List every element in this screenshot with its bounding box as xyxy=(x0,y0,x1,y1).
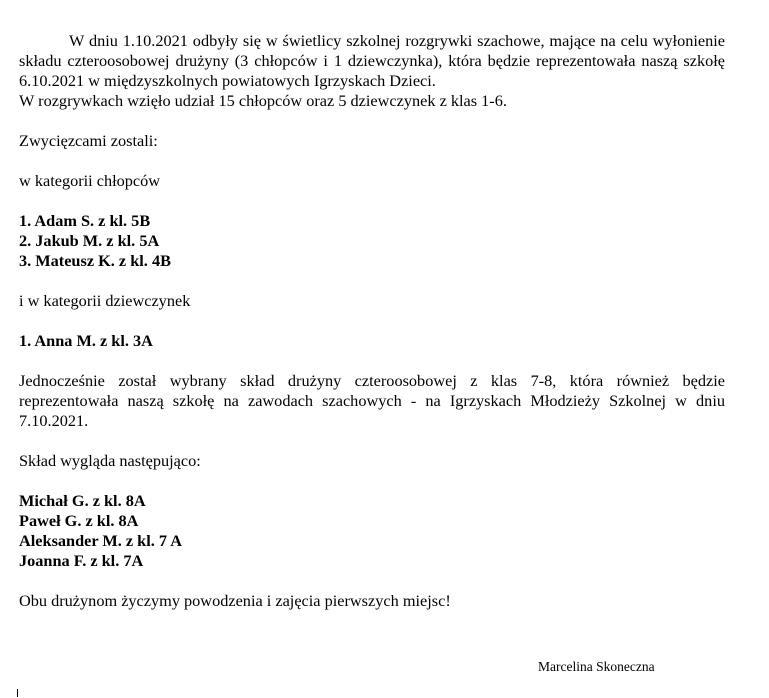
participants-line: W rozgrywkach wzięło udział 15 chłopców … xyxy=(19,91,725,111)
text-cursor xyxy=(17,689,18,697)
second-team-paragraph: Jednocześnie został wybrany skład drużyn… xyxy=(19,371,725,431)
girls-winner-1: 1. Anna M. z kl. 3A xyxy=(19,331,725,351)
intro-paragraph: W dniu 1.10.2021 odbyły się w świetlicy … xyxy=(19,31,725,91)
winners-heading: Zwycięzcami zostali: xyxy=(19,131,725,151)
boys-winner-2: 2. Jakub M. z kl. 5A xyxy=(19,231,725,251)
boys-winner-1: 1. Adam S. z kl. 5B xyxy=(19,211,725,231)
lineup-member-2: Paweł G. z kl. 8A xyxy=(19,511,725,531)
lineup-heading: Skład wygląda następująco: xyxy=(19,451,725,471)
boys-winner-3: 3. Mateusz K. z kl. 4B xyxy=(19,251,725,271)
document-body: W dniu 1.10.2021 odbyły się w świetlicy … xyxy=(19,31,725,611)
closing-line: Obu drużynom życzymy powodzenia i zajęci… xyxy=(19,591,725,611)
lineup-member-1: Michał G. z kl. 8A xyxy=(19,491,725,511)
signature: Marcelina Skoneczna xyxy=(538,659,655,675)
lineup-member-4: Joanna F. z kl. 7A xyxy=(19,551,725,571)
lineup-member-3: Aleksander M. z kl. 7 A xyxy=(19,531,725,551)
boys-category-heading: w kategorii chłopców xyxy=(19,171,725,191)
girls-category-heading: i w kategorii dziewczynek xyxy=(19,291,725,311)
